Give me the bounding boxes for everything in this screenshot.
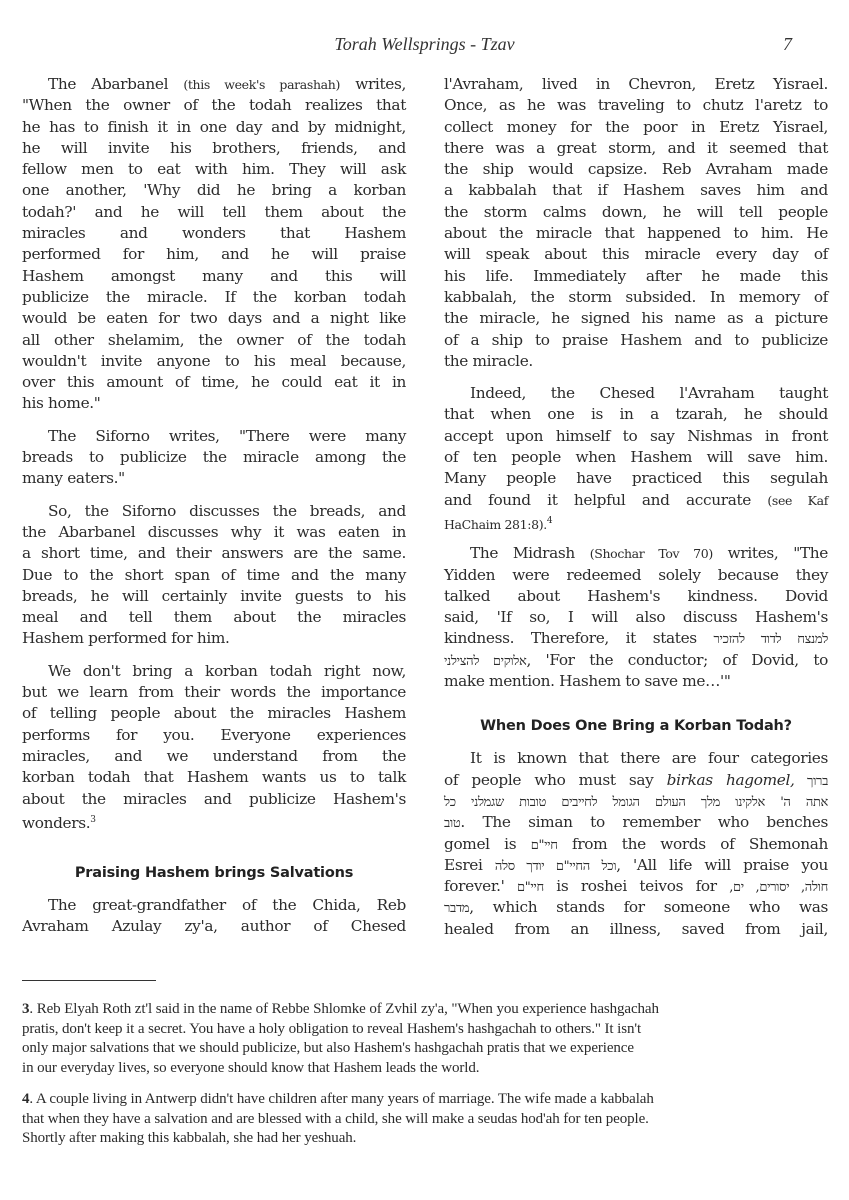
text-line: Many people have practiced this segulah (444, 468, 828, 489)
text-line: would be eaten for two days and a night … (22, 308, 406, 329)
text-line: kabbalah, the storm subsided. In memory … (444, 287, 828, 308)
citation: (see Kaf (767, 493, 828, 508)
footnote-line: in our everyday lives, so everyone shoul… (22, 1059, 828, 1079)
hebrew-quote: מדבר (444, 901, 469, 916)
hebrew-quote: חיי"ם (517, 880, 544, 895)
text-line: healed from an illness, saved from jail, (444, 919, 828, 940)
footnote-line: that when they have a salvation and are … (22, 1110, 828, 1130)
text-line: of telling people about the miracles Has… (22, 703, 406, 724)
paragraph-birkas-hagomel: It is known that there are four categori… (444, 748, 828, 940)
text-line: the storm calms down, he will tell peopl… (444, 202, 828, 223)
text-line: a short time, and their answers are the … (22, 543, 406, 564)
text-line: gomel is חיי"ם from the words of Shemona… (444, 834, 828, 855)
hebrew-quote: חיי"ם (531, 838, 558, 853)
text-line: Yidden were redeemed solely because they (444, 565, 828, 586)
citation: HaChaim 281:8). (444, 517, 547, 532)
text-line: Hashem amongst many and this will (22, 266, 406, 287)
text-line: HaChaim 281:8).4 (444, 511, 828, 532)
footnote-line: 3. Reb Elyah Roth zt'l said in the name … (22, 1000, 828, 1020)
footnote-line: Shortly after making this kabbalah, she … (22, 1129, 828, 1149)
text-line: "When the owner of the todah realizes th… (22, 95, 406, 116)
text-line: Esrei וכל החיי"ם יודך סלה, 'All life wil… (444, 855, 828, 876)
text-line: korban todah that Hashem wants us to tal… (22, 767, 406, 788)
text-line: will speak about this miracle every day … (444, 244, 828, 265)
text-line: his home." (22, 393, 406, 414)
text-line: a kabbalah that if Hashem saves him and (444, 180, 828, 201)
text-line: the miracle, he signed his name as a pic… (444, 308, 828, 329)
text-line: collect money for the poor in Eretz Yisr… (444, 117, 828, 138)
footnote-line: pratis, don't keep it a secret. You have… (22, 1020, 828, 1040)
citation: (Shochar Tov 70) (590, 546, 713, 561)
text-line: publicize the miracle. If the korban tod… (22, 287, 406, 308)
text-line: over this amount of time, he could eat i… (22, 372, 406, 393)
text-line: meal and tell them about the miracles (22, 607, 406, 628)
text-line: מדבר, which stands for someone who was (444, 897, 828, 918)
text-line: about the miracle that happened to him. … (444, 223, 828, 244)
footnote-4: 4. A couple living in Antwerp didn't hav… (22, 1090, 828, 1149)
left-column: The Abarbanel (this week's parashah) wri… (22, 74, 406, 949)
text-line: he has to finish it in one day and by mi… (22, 117, 406, 138)
text-line: there was a great storm, and it seemed t… (444, 138, 828, 159)
text-line: The Midrash (Shochar Tov 70) writes, "Th… (444, 543, 828, 564)
text-line: אתה ה' אלקינו מלך העולם הגומל לחייבים טו… (444, 791, 828, 812)
text-line: many eaters." (22, 468, 406, 489)
text-line: the Abarbanel discusses why it was eaten… (22, 522, 406, 543)
text-line: Avraham Azulay zy'a, author of Chesed (22, 916, 406, 937)
text-line: of ten people when Hashem will save him. (444, 447, 828, 468)
document-page: Torah Wellsprings - Tzav 7 The Abarbanel… (0, 0, 849, 1200)
paragraph-comparison: So, the Siforno discusses the breads, an… (22, 501, 406, 650)
text-line: his life. Immediately after he made this (444, 266, 828, 287)
paragraph-siforno: The Siforno writes, "There were many bre… (22, 426, 406, 490)
text-line: Indeed, the Chesed l'Avraham taught (444, 383, 828, 404)
text-line: performs for you. Everyone experiences (22, 725, 406, 746)
text-line: טוב. The siman to remember who benches (444, 812, 828, 833)
page-number: 7 (783, 34, 792, 55)
text-line: of people who must say birkas hagomel, ב… (444, 770, 828, 791)
text-line: breads to publicize the miracle among th… (22, 447, 406, 468)
footnote-3: 3. Reb Elyah Roth zt'l said in the name … (22, 1000, 828, 1078)
text-line: that when one is in a tzarah, he should (444, 404, 828, 425)
hebrew-quote: חולה, יסורים, ים, (729, 880, 828, 895)
text-line: It is known that there are four categori… (444, 748, 828, 769)
text-line: about the miracles and publicize Hashem'… (22, 789, 406, 810)
text-line: breads, he will certainly invite guests … (22, 586, 406, 607)
text-line: l'Avraham, lived in Chevron, Eretz Yisra… (444, 74, 828, 95)
text-line: So, the Siforno discusses the breads, an… (22, 501, 406, 522)
citation: (this week's parashah) (183, 77, 340, 92)
text-line: forever.' חיי"ם is roshei teivos for חול… (444, 876, 828, 897)
footnotes: 3. Reb Elyah Roth zt'l said in the name … (22, 1000, 828, 1161)
hebrew-quote: וכל החיי"ם יודך סלה (495, 859, 616, 874)
text-line: of a ship to praise Hashem and to public… (444, 330, 828, 351)
text-line: all other shelamim, the owner of the tod… (22, 330, 406, 351)
text-line: Once, as he was traveling to chutz l'are… (444, 95, 828, 116)
footnote-line: 4. A couple living in Antwerp didn't hav… (22, 1090, 828, 1110)
paragraph-lesson: We don't bring a korban todah right now,… (22, 661, 406, 831)
text-line: אלוקים להצילני, 'For the conductor; of D… (444, 650, 828, 671)
footnote-ref-4[interactable]: 4 (547, 516, 552, 526)
text-line: Hashem performed for him. (22, 628, 406, 649)
text-line: the ship would capsize. Reb Avraham made (444, 159, 828, 180)
hebrew-quote: למנצח לדוד להזכיר (714, 632, 829, 647)
text-line: make mention. Hashem to save me…'" (444, 671, 828, 692)
text-line: accept upon himself to say Nishmas in fr… (444, 426, 828, 447)
paragraph-midrash: The Midrash (Shochar Tov 70) writes, "Th… (444, 543, 828, 692)
text-line: todah?' and he will tell them about the (22, 202, 406, 223)
text-line: performed for him, and he will praise (22, 244, 406, 265)
footnote-ref-3[interactable]: 3 (90, 815, 95, 825)
text-line: the miracle. (444, 351, 828, 372)
text-line: fellow men to eat with him. They will as… (22, 159, 406, 180)
running-header: Torah Wellsprings - Tzav 7 (0, 30, 849, 60)
paragraph-nishmas: Indeed, the Chesed l'Avraham taught that… (444, 383, 828, 532)
text-line: The Abarbanel (this week's parashah) wri… (22, 74, 406, 95)
hebrew-quote: ברוך (795, 774, 828, 789)
paragraph-chesed-lavraham: l'Avraham, lived in Chevron, Eretz Yisra… (444, 74, 828, 372)
text-line: The Siforno writes, "There were many (22, 426, 406, 447)
text-line: he will invite his brothers, friends, an… (22, 138, 406, 159)
text-line: The great-grandfather of the Chida, Reb (22, 895, 406, 916)
text-line: talked about Hashem's kindness. Dovid (444, 586, 828, 607)
hebrew-quote: טוב (444, 816, 460, 831)
text-line: miracles, and we understand from the (22, 746, 406, 767)
italic-term: birkas hagomel, (667, 771, 795, 789)
text-line: We don't bring a korban todah right now, (22, 661, 406, 682)
text-line: kindness. Therefore, it states למנצח לדו… (444, 628, 828, 649)
text-line: Due to the short span of time and the ma… (22, 565, 406, 586)
text-line: wonders.3 (22, 810, 406, 831)
text-line: miracles and wonders that Hashem (22, 223, 406, 244)
right-column: l'Avraham, lived in Chevron, Eretz Yisra… (444, 74, 828, 951)
text-line: wouldn't invite anyone to his meal becau… (22, 351, 406, 372)
hebrew-quote: אלוקים להצילני (444, 654, 526, 669)
text-line: and found it helpful and accurate (see K… (444, 490, 828, 511)
section-heading-korban-todah: When Does One Bring a Korban Todah? (444, 714, 828, 738)
section-heading-praising: Praising Hashem brings Salvations (22, 861, 406, 885)
paragraph-abarbanel: The Abarbanel (this week's parashah) wri… (22, 74, 406, 415)
footnote-line: only major salvations that we should pub… (22, 1039, 828, 1059)
paragraph-chida: The great-grandfather of the Chida, Reb … (22, 895, 406, 938)
text-line: one another, 'Why did he bring a korban (22, 180, 406, 201)
text-line: said, 'If so, I will also discuss Hashem… (444, 607, 828, 628)
footnote-divider (22, 980, 156, 981)
hebrew-quote: אתה ה' אלקינו מלך העולם הגומל לחייבים טו… (444, 795, 828, 810)
text-line: but we learn from their words the import… (22, 682, 406, 703)
running-title: Torah Wellsprings - Tzav (0, 34, 849, 55)
